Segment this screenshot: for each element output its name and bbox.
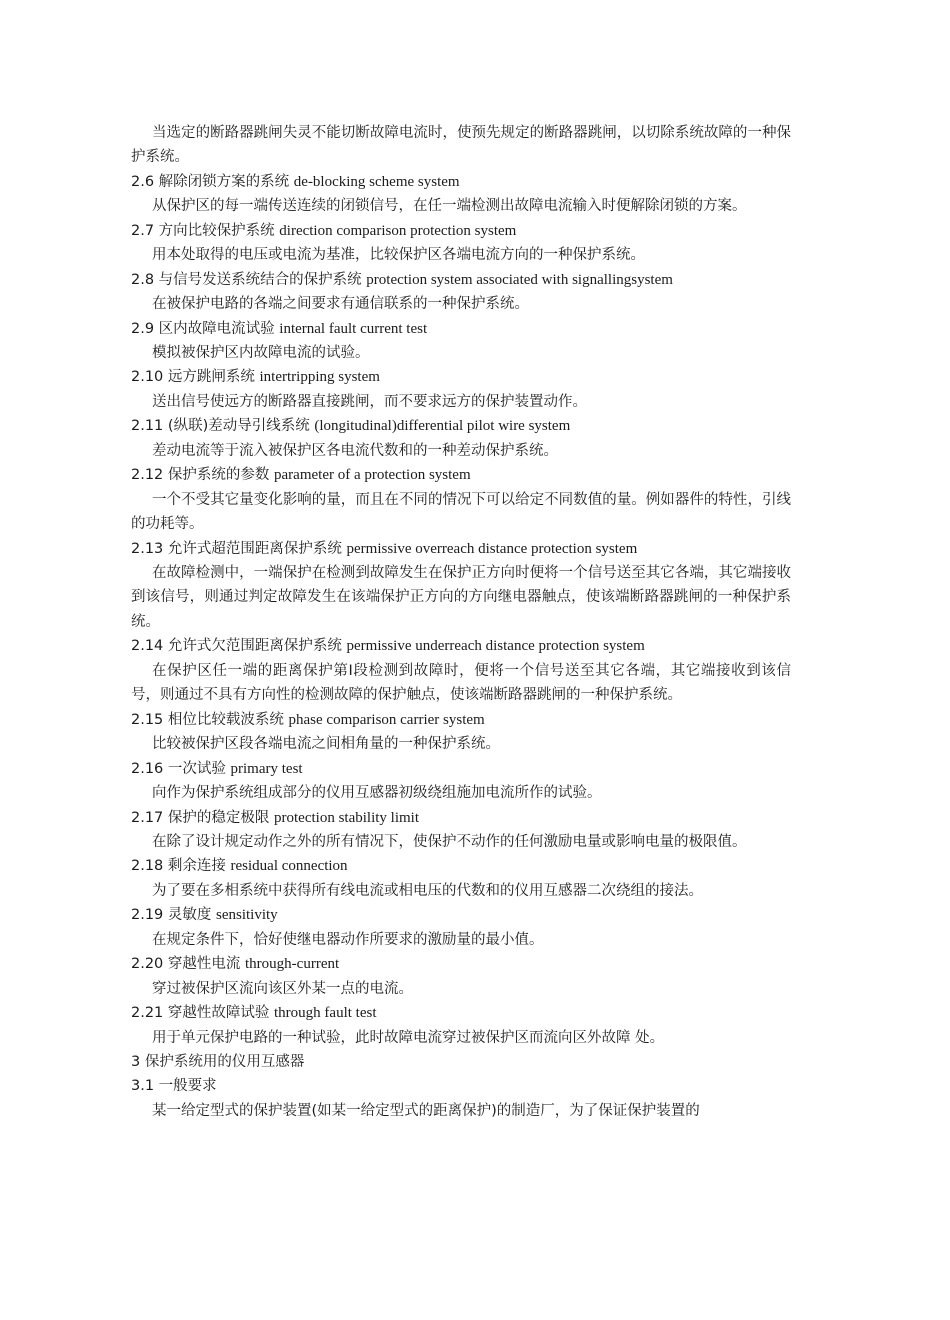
term-definition: 比较被保护区段各端电流之间相角量的一种保护系统。: [131, 732, 791, 756]
term-definition: 用于单元保护电路的一种试验，此时故障电流穿过被保护区而流向区外故障 处。: [131, 1026, 791, 1050]
lead-paragraph: 当选定的断路器跳闸失灵不能切断故障电流时，使预先规定的断路器跳闸，以切除系统故障…: [131, 121, 791, 170]
term-chinese: 穿越性电流: [168, 956, 241, 972]
term-definition: 差动电流等于流入被保护区各电流代数和的一种差动保护系统。: [131, 439, 791, 463]
term-heading: 2.6 解除闭锁方案的系统 de-blocking scheme system: [131, 170, 791, 194]
term-english: (longitudinal)differential pilot wire sy…: [314, 418, 570, 434]
definition-entry: 2.13 允许式超范围距离保护系统 permissive overreach d…: [131, 537, 791, 635]
section-paragraph: 某一给定型式的保护装置(如某一给定型式的距离保护)的制造厂，为了保证保护装置的: [131, 1099, 791, 1123]
term-definition: 一个不受其它量变化影响的量，而且在不同的情况下可以给定不同数值的量。例如器件的特…: [131, 488, 791, 537]
definition-entry: 2.19 灵敏度 sensitivity 在规定条件下，恰好使继电器动作所要求的…: [131, 903, 791, 952]
term-number: 2.8: [131, 272, 154, 288]
term-definition: 在保护区任一端的距离保护第Ⅰ段检测到故障时，便将一个信号送至其它各端，其它端接收…: [131, 659, 791, 708]
term-heading: 2.11 (纵联)差动导引线系统 (longitudinal)different…: [131, 414, 791, 438]
section-heading: 3 保护系统用的仪用互感器: [131, 1050, 791, 1074]
subsection-heading: 3.1 一般要求: [131, 1074, 791, 1098]
term-english: sensitivity: [216, 907, 278, 923]
term-number: 2.10: [131, 369, 163, 385]
term-number: 2.9: [131, 321, 154, 337]
definition-entry: 2.11 (纵联)差动导引线系统 (longitudinal)different…: [131, 414, 791, 463]
definition-entry: 2.17 保护的稳定极限 protection stability limit …: [131, 806, 791, 855]
term-english: parameter of a protection system: [274, 467, 471, 483]
term-chinese: 保护系统的参数: [168, 467, 270, 483]
term-heading: 2.21 穿越性故障试验 through fault test: [131, 1001, 791, 1025]
term-chinese: 保护的稳定极限: [168, 810, 270, 826]
term-definition: 为了要在多相系统中获得所有线电流或相电压的代数和的仪用互感器二次绕组的接法。: [131, 879, 791, 903]
term-number: 2.6: [131, 174, 154, 190]
definition-entry: 2.20 穿越性电流 through-current 穿过被保护区流向该区外某一…: [131, 952, 791, 1001]
term-number: 2.16: [131, 761, 163, 777]
term-number: 2.14: [131, 638, 163, 654]
term-chinese: 远方跳闸系统: [168, 369, 255, 385]
definition-entry: 2.16 一次试验 primary test 向作为保护系统组成部分的仪用互感器…: [131, 757, 791, 806]
term-chinese: 允许式欠范围距离保护系统: [168, 638, 342, 654]
term-heading: 2.19 灵敏度 sensitivity: [131, 903, 791, 927]
term-definition: 在除了设计规定动作之外的所有情况下，使保护不动作的任何激励电量或影响电量的极限值…: [131, 830, 791, 854]
term-english: primary test: [231, 761, 303, 777]
term-number: 2.18: [131, 858, 163, 874]
term-number: 2.21: [131, 1005, 163, 1021]
term-heading: 2.16 一次试验 primary test: [131, 757, 791, 781]
term-definition: 穿过被保护区流向该区外某一点的电流。: [131, 977, 791, 1001]
definition-entry: 2.7 方向比较保护系统 direction comparison protec…: [131, 219, 791, 268]
term-english: permissive underreach distance protectio…: [347, 638, 645, 654]
term-heading: 2.7 方向比较保护系统 direction comparison protec…: [131, 219, 791, 243]
term-number: 2.17: [131, 810, 163, 826]
term-definition: 在被保护电路的各端之间要求有通信联系的一种保护系统。: [131, 292, 791, 316]
term-definition: 模拟被保护区内故障电流的试验。: [131, 341, 791, 365]
term-heading: 2.20 穿越性电流 through-current: [131, 952, 791, 976]
term-definition: 向作为保护系统组成部分的仪用互感器初级绕组施加电流所作的试验。: [131, 781, 791, 805]
term-number: 2.15: [131, 712, 163, 728]
term-chinese: 灵敏度: [168, 907, 212, 923]
definition-entry: 2.18 剩余连接 residual connection 为了要在多相系统中获…: [131, 854, 791, 903]
document-page: 当选定的断路器跳闸失灵不能切断故障电流时，使预先规定的断路器跳闸，以切除系统故障…: [131, 121, 791, 1123]
definition-entry: 2.6 解除闭锁方案的系统 de-blocking scheme system …: [131, 170, 791, 219]
term-heading: 2.18 剩余连接 residual connection: [131, 854, 791, 878]
term-heading: 2.14 允许式欠范围距离保护系统 permissive underreach …: [131, 634, 791, 658]
term-chinese: 穿越性故障试验: [168, 1005, 270, 1021]
term-english: protection system associated with signal…: [366, 272, 673, 288]
term-heading: 2.13 允许式超范围距离保护系统 permissive overreach d…: [131, 537, 791, 561]
term-english: protection stability limit: [274, 810, 419, 826]
term-heading: 2.15 相位比较载波系统 phase comparison carrier s…: [131, 708, 791, 732]
term-chinese: 方向比较保护系统: [159, 223, 275, 239]
term-chinese: 与信号发送系统结合的保护系统: [159, 272, 362, 288]
term-chinese: 允许式超范围距离保护系统: [168, 541, 342, 557]
term-definition: 从保护区的每一端传送连续的闭锁信号，在任一端检测出故障电流输入时便解除闭锁的方案…: [131, 194, 791, 218]
term-chinese: 解除闭锁方案的系统: [159, 174, 290, 190]
definition-entry: 2.12 保护系统的参数 parameter of a protection s…: [131, 463, 791, 536]
term-chinese: 一次试验: [168, 761, 226, 777]
term-heading: 2.9 区内故障电流试验 internal fault current test: [131, 317, 791, 341]
definition-entry: 2.9 区内故障电流试验 internal fault current test…: [131, 317, 791, 366]
term-chinese: 区内故障电流试验: [159, 321, 275, 337]
term-chinese: 相位比较载波系统: [168, 712, 284, 728]
definition-entry: 2.21 穿越性故障试验 through fault test 用于单元保护电路…: [131, 1001, 791, 1050]
term-english: residual connection: [231, 858, 348, 874]
term-english: internal fault current test: [279, 321, 427, 337]
definition-entry: 2.8 与信号发送系统结合的保护系统 protection system ass…: [131, 268, 791, 317]
term-number: 2.11: [131, 418, 163, 434]
definition-entry: 2.14 允许式欠范围距离保护系统 permissive underreach …: [131, 634, 791, 707]
term-number: 2.19: [131, 907, 163, 923]
definition-entry: 2.15 相位比较载波系统 phase comparison carrier s…: [131, 708, 791, 757]
term-definition: 用本处取得的电压或电流为基准，比较保护区各端电流方向的一种保护系统。: [131, 243, 791, 267]
term-definition: 在规定条件下，恰好使继电器动作所要求的激励量的最小值。: [131, 928, 791, 952]
term-number: 2.13: [131, 541, 163, 557]
term-english: permissive overreach distance protection…: [347, 541, 638, 557]
term-heading: 2.8 与信号发送系统结合的保护系统 protection system ass…: [131, 268, 791, 292]
term-chinese: (纵联)差动导引线系统: [168, 418, 310, 434]
term-chinese: 剩余连接: [168, 858, 226, 874]
term-number: 2.12: [131, 467, 163, 483]
term-english: intertripping system: [260, 369, 380, 385]
term-heading: 2.10 远方跳闸系统 intertripping system: [131, 365, 791, 389]
term-english: de-blocking scheme system: [294, 174, 460, 190]
term-definition: 在故障检测中，一端保护在检测到故障发生在保护正方向时便将一个信号送至其它各端，其…: [131, 561, 791, 634]
term-english: through-current: [245, 956, 339, 972]
term-english: through fault test: [274, 1005, 376, 1021]
term-english: direction comparison protection system: [279, 223, 516, 239]
term-definition: 送出信号使远方的断路器直接跳闸，而不要求远方的保护装置动作。: [131, 390, 791, 414]
term-heading: 2.12 保护系统的参数 parameter of a protection s…: [131, 463, 791, 487]
term-number: 2.7: [131, 223, 154, 239]
term-number: 2.20: [131, 956, 163, 972]
definition-list: 2.6 解除闭锁方案的系统 de-blocking scheme system …: [131, 170, 791, 1050]
term-english: phase comparison carrier system: [289, 712, 485, 728]
definition-entry: 2.10 远方跳闸系统 intertripping system 送出信号使远方…: [131, 365, 791, 414]
term-heading: 2.17 保护的稳定极限 protection stability limit: [131, 806, 791, 830]
